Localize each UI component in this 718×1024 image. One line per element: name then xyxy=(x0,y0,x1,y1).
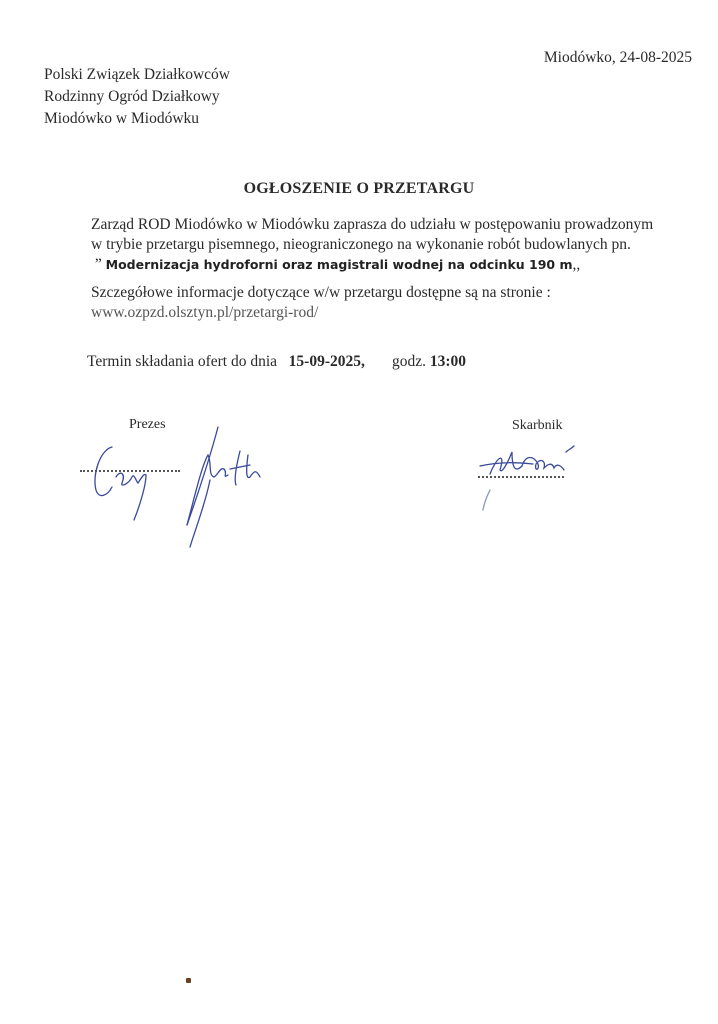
tender-url: www.ozpzd.olsztyn.pl/przetargi-rod/ xyxy=(91,303,318,323)
organization-line: Rodzinny Ogród Działkowy xyxy=(44,86,230,108)
deadline-label: Termin składania ofert do dnia xyxy=(87,353,277,370)
deadline-hour: 13:00 xyxy=(430,353,466,370)
organization-line: Miodówko w Miodówku xyxy=(44,108,230,130)
project-name: Modernizacja hydroforni oraz magistrali … xyxy=(106,257,573,272)
body-line: w trybie przetargu pisemnego, nieogranic… xyxy=(91,235,653,255)
deadline-hour-label: godz. xyxy=(392,353,426,370)
organization-block: Polski Związek Działkowców Rodzinny Ogró… xyxy=(44,64,230,130)
project-line: ” Modernizacja hydroforni oraz magistral… xyxy=(91,255,653,275)
organization-line: Polski Związek Działkowców xyxy=(44,64,230,86)
document-title: OGŁOSZENIE O PRZETARGU xyxy=(0,180,718,198)
signature-skarbnik xyxy=(478,440,648,520)
open-quote: ” xyxy=(95,256,102,273)
close-quote: ,, xyxy=(573,256,581,273)
info-line: Szczegółowe informacje dotyczące w/w prz… xyxy=(91,283,551,303)
body-line: Zarząd ROD Miodówko w Miodówku zaprasza … xyxy=(91,215,653,235)
deadline-line: Termin składania ofert do dnia 15-09-202… xyxy=(87,352,466,372)
announcement-body: Zarząd ROD Miodówko w Miodówku zaprasza … xyxy=(91,215,653,275)
signature-role-skarbnik: Skarbnik xyxy=(512,418,563,434)
deadline-date: 15-09-2025, xyxy=(289,353,365,370)
place-date: Miodówko, 24-08-2025 xyxy=(544,48,692,68)
paper-speck xyxy=(186,978,191,983)
signature-prezes xyxy=(90,425,280,550)
